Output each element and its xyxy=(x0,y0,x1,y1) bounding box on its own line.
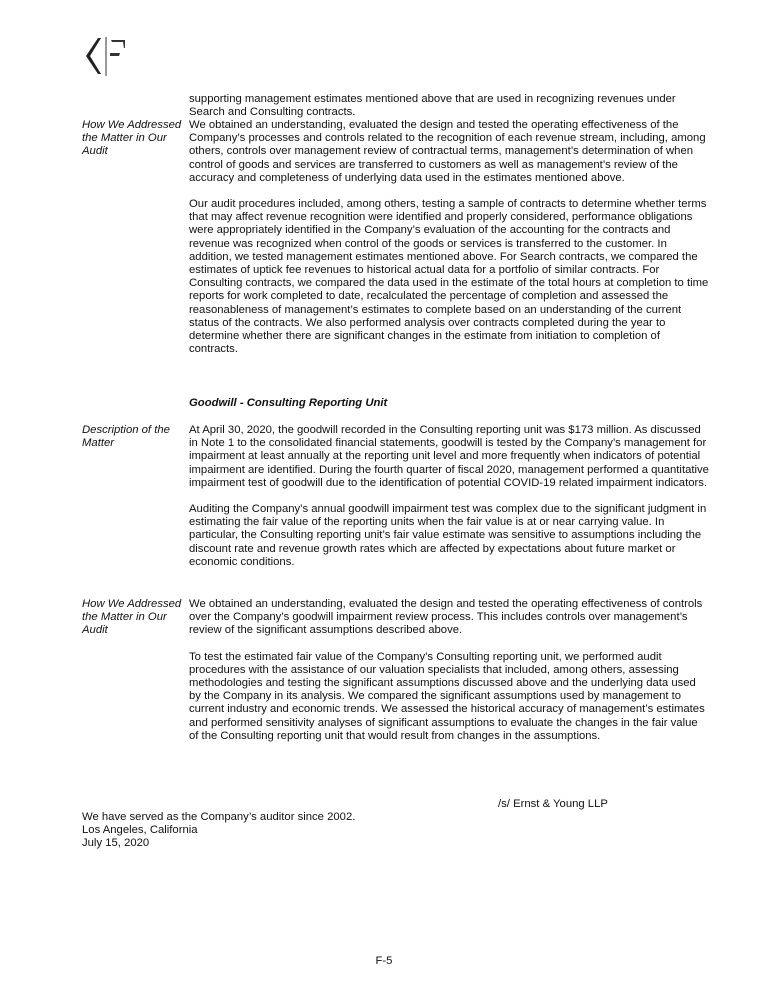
location: Los Angeles, California xyxy=(82,824,355,837)
goodwill-section-title: Goodwill - Consulting Reporting Unit xyxy=(189,397,387,410)
how-addressed-label: How We Addressed the Matter in Our Audit xyxy=(82,598,182,638)
goodwill-how-paragraph-1: We obtained an understanding, evaluated … xyxy=(189,598,709,638)
kf-logo-icon xyxy=(82,36,132,76)
auditor-since: We have served as the Company’s auditor … xyxy=(82,811,355,824)
how-addressed-label: How We Addressed the Matter in Our Audit xyxy=(82,119,182,159)
report-date: July 15, 2020 xyxy=(82,837,355,850)
goodwill-description-paragraph-1: At April 30, 2020, the goodwill recorded… xyxy=(189,424,709,490)
revenue-how-paragraph-2: Our audit procedures included, among oth… xyxy=(189,198,709,356)
auditor-signature: /s/ Ernst & Young LLP xyxy=(498,798,608,811)
goodwill-how-paragraph-2: To test the estimated fair value of the … xyxy=(189,651,709,743)
description-label: Description of the Matter xyxy=(82,424,182,450)
page-number: F-5 xyxy=(0,955,768,968)
footer: We have served as the Company’s auditor … xyxy=(82,811,355,851)
revenue-continued-text: supporting management estimates mentione… xyxy=(189,93,709,119)
goodwill-description-paragraph-2: Auditing the Company’s annual goodwill i… xyxy=(189,503,709,569)
revenue-how-paragraph-1: We obtained an understanding, evaluated … xyxy=(189,119,709,185)
